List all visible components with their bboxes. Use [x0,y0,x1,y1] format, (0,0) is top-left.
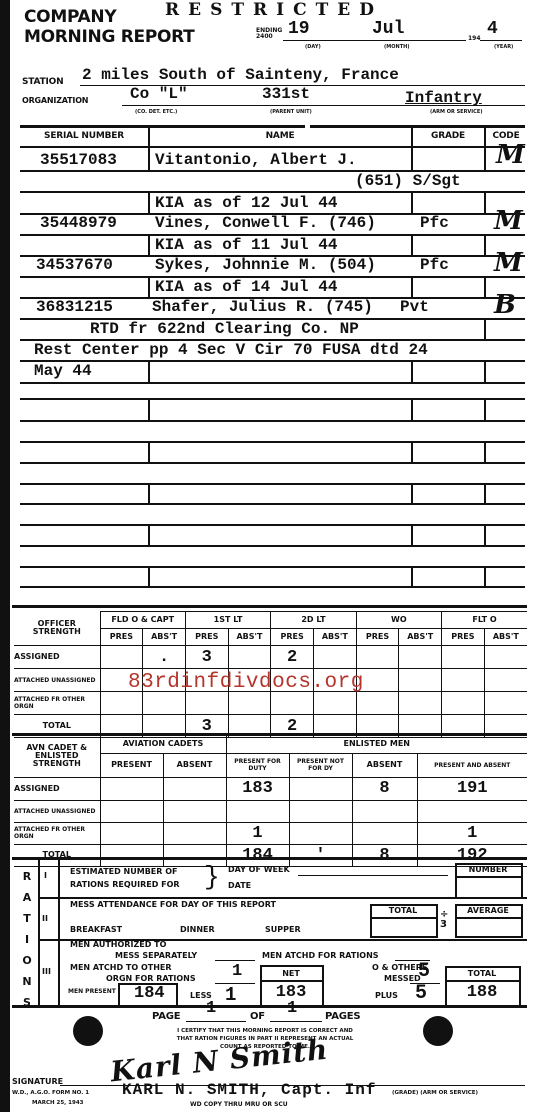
rations-side-label: RATIONS [20,866,34,1013]
org-caption-parent: (PARENT UNIT) [270,109,312,115]
mess-attendance-label: MESS ATTENDANCE FOR DAY OF THIS REPORT [70,901,276,909]
men-present-value: 184 [134,984,165,1003]
group-wo: WO [356,612,441,629]
rations-section-1: I [44,872,47,880]
subcol-present-for-duty: PRESENT FOR DUTY [226,753,289,777]
subcol-pres: PRES [271,629,314,646]
mess-total-label: TOTAL [372,907,434,915]
restricted-stamp: RESTRICTED [165,0,383,20]
page-value: 1 [206,999,216,1018]
less-value: 1 [225,984,236,1006]
group-aviation-cadets: AVIATION CADETS [100,736,226,753]
name-4: Shafer, Julius R. (745) [152,298,373,316]
form-date: MARCH 25, 1943 [32,1100,84,1106]
org-caption-co: (CO. DET. ETC.) [135,109,177,115]
officer-row-attached-other: ATTACHED FR OTHER ORGN [14,692,527,715]
year-caption: (YEAR) [494,44,513,50]
signer-name: KARL N. SMITH, Capt. Inf [122,1081,376,1099]
station-label: STATION [22,77,63,87]
form-title-line1: COMPANY [24,8,116,27]
enlisted-strength-title: AVN CADET & ENLISTED STRENGTH [14,736,100,777]
group-enlisted-men: ENLISTED MEN [226,736,527,753]
officer-row-assigned: ASSIGNED . 3 2 [14,646,527,669]
enlisted-strength-table: AVN CADET & ENLISTED STRENGTH AVIATION C… [14,736,527,867]
mess-separately-label: MESS SEPARATELY [115,952,197,960]
men-authorized-label: MEN AUTHORIZED TO [70,941,166,949]
station-value: 2 miles South of Sainteny, France [82,66,399,84]
report-year: 4 [487,19,498,39]
pages-label: PAGES [325,1011,360,1022]
form-title-line2: MORNING REPORT [24,28,194,47]
month-caption: (MONTH) [384,44,410,50]
code-4: B [494,290,516,320]
rations-section-2: II [42,915,48,923]
subcol-abst: ABS'T [143,629,186,646]
day-of-week-label: DAY OF WEEK [228,866,290,874]
report-month: Jul [372,19,404,39]
group-2d-lt: 2D LT [271,612,356,629]
remark-4a: RTD fr 622nd Clearing Co. NP [90,320,359,338]
grade-3: Pfc [420,256,449,274]
name-1-cont: (651) S/Sgt [355,172,461,190]
est-rations-text2: RATIONS REQUIRED FOR [70,881,180,889]
remark-3: KIA as of 14 Jul 44 [155,278,337,296]
form-number: W.D., A.G.O. FORM NO. 1 [12,1090,89,1096]
binder-hole-right [423,1016,453,1046]
subcol-absent: ABSENT [163,753,226,777]
rations-section-3: III [42,968,51,976]
scan-edge [0,0,10,1112]
ending-label: ENDING2400 [256,28,282,40]
day-caption: (DAY) [305,44,321,50]
men-present-label: MEN PRESENT [68,988,116,995]
subcol-present-and-absent: PRESENT AND ABSENT [417,753,527,777]
name-1: Vitantonio, Albert J. [155,151,357,169]
number-label: NUMBER [457,866,519,874]
pages-value: 1 [287,999,297,1018]
organization-label: ORGANIZATION [22,96,88,105]
remark-4b: Rest Center pp 4 Sec V Cir 70 FUSA dtd 2… [34,341,428,359]
dinner-label: DINNER [180,926,215,934]
name-3: Sykes, Johnnie M. (504) [155,256,376,274]
enlisted-row-attached-unassigned: ATTACHED UNASSIGNED [14,800,527,822]
serial-4: 36831215 [36,298,113,316]
col-name: NAME [150,131,410,141]
subcol-abst: ABS'T [313,629,356,646]
watermark: 83rdinfdivdocs.org [128,671,364,694]
remark-4c: May 44 [34,362,92,380]
serial-2: 35448979 [40,214,117,232]
serial-1: 35517083 [40,151,117,169]
code-2: M [494,206,523,236]
plus-label: PLUS [375,992,398,1000]
net-label: NET [262,970,320,978]
enlisted-row-total: TOTAL 184' 8192 [14,844,527,866]
group-flt-o: FLT O [442,612,527,629]
org-parent-unit: 331st [262,85,310,103]
group-fld-capt: FLD O & CAPT [100,612,185,629]
enlisted-row-assigned: ASSIGNED 183 8191 [14,777,527,800]
grade-4: Pvt [400,298,429,316]
men-atchd-other-label: MEN ATCHD TO OTHER [70,964,172,972]
total-value: 188 [447,983,517,1002]
average-label: AVERAGE [457,907,519,915]
supper-label: SUPPER [265,926,301,934]
subcol-abst: ABS'T [228,629,271,646]
signature-label: SIGNATURE [12,1078,63,1086]
grade-caption: (GRADE) (ARM OR SERVICE) [392,1090,478,1096]
of-label: OF [250,1011,265,1022]
breakfast-label: BREAKFAST [70,926,122,934]
wd-copy-label: WD COPY THRU MRU OR SCU [190,1101,288,1108]
subcol-present-not-for-duty: PRESENT NOT FOR DY [289,753,352,777]
subcol-pres: PRES [356,629,399,646]
officer-strength-title: OFFICER STRENGTH [14,612,100,646]
subcol-pres: PRES [185,629,228,646]
report-day: 19 [288,19,310,39]
subcol-abst: ABS'T [484,629,527,646]
org-caption-arm: (ARM OR SERVICE) [430,109,483,115]
divide-by-three: ÷ 3 [440,910,450,930]
brace: } [204,864,220,890]
subcol-present: PRESENT [100,753,163,777]
date-label: DATE [228,882,251,890]
subcol-absent-enlisted: ABSENT [352,753,417,777]
page-label: PAGE [152,1011,180,1022]
org-company: Co "L" [130,85,188,103]
grade-2: Pfc [420,214,449,232]
name-2: Vines, Conwell F. (746) [155,214,376,232]
serial-3: 34537670 [36,256,113,274]
o-others-value: 5 [418,960,430,983]
group-1st-lt: 1ST LT [185,612,270,629]
col-serial-number: SERIAL NUMBER [20,131,148,141]
subcol-abst: ABS'T [399,629,442,646]
remark-2: KIA as of 11 Jul 44 [155,236,337,254]
remark-1: KIA as of 12 Jul 44 [155,194,337,212]
plus-value: 5 [415,982,427,1005]
code-1: M [496,140,525,170]
enlisted-row-attached-other: ATTACHED FR OTHER ORGN 1 1 [14,822,527,844]
subcol-pres: PRES [100,629,143,646]
binder-hole-left [73,1016,103,1046]
total-label: TOTAL [447,970,517,978]
subcol-pres: PRES [442,629,485,646]
men-atchd-other-value: 1 [232,962,242,981]
est-rations-text1: ESTIMATED NUMBER OF [70,868,177,876]
year-prefix: 194 [468,35,481,42]
men-atchd-rations-label: MEN ATCHD FOR RATIONS [262,952,379,960]
orgn-for-rations-label: ORGN FOR RATIONS [106,975,196,983]
code-3: M [494,248,523,278]
col-grade: GRADE [412,131,484,141]
